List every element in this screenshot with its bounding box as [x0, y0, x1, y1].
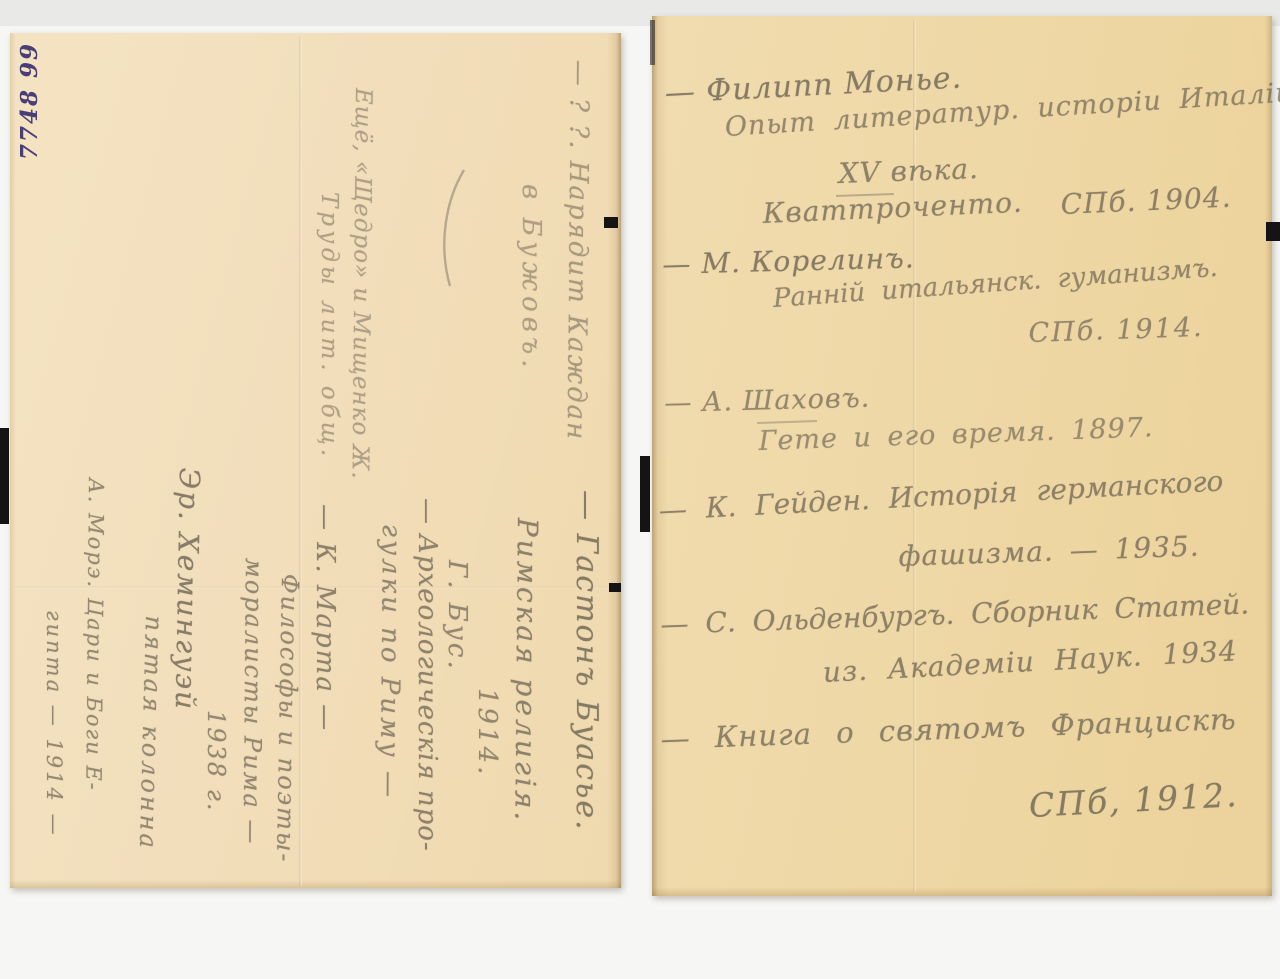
clip-mark [609, 583, 621, 592]
clip-mark [650, 20, 655, 65]
handwritten-line: — К. Марта — [310, 504, 340, 732]
handwritten-line: — ? ?. Нарядит Каждан [561, 60, 594, 442]
handwritten-line: Труды лит. общ. [316, 192, 342, 460]
clip-mark [0, 428, 9, 524]
clip-mark [1266, 222, 1280, 241]
handwritten-line: Эр. Хемингуэй [169, 467, 206, 711]
handwritten-line: — М. Корелинъ. [662, 241, 915, 281]
document-scan: 7748 99 — ? ?. Нарядит Каждан в Бужовъ. … [0, 0, 1280, 979]
handwritten-line: гипта — 1914 — [42, 610, 66, 838]
handwritten-line: гулки по Риму — [374, 524, 406, 800]
handwritten-line: — А. Шаховъ. [664, 383, 871, 419]
right-page-sheet [652, 16, 1272, 896]
pen-flourish [436, 166, 476, 291]
handwritten-line: СПб. 1914. [1028, 312, 1204, 349]
handwritten-line: Ещё, «Щедро» и Мищенко Ж. [347, 88, 376, 480]
handwritten-line: Г. Бус. [442, 560, 472, 672]
handwritten-line: моралисты Рима — [237, 558, 268, 846]
handwritten-line: 1914. [472, 688, 502, 777]
handwritten-line: А. Морэ. Цари и Боги Е- [81, 478, 108, 792]
handwritten-line: — Археологическія про- [412, 498, 442, 852]
handwritten-line: 1938 г. [202, 710, 230, 812]
handwritten-line: — Гастонъ Буасье. [569, 490, 604, 832]
handwritten-line: Римская религія. [508, 518, 544, 824]
handwritten-line: в Бужовъ. [516, 184, 546, 373]
archive-number-ink: 7748 99 [16, 42, 43, 160]
handwritten-line: XV вѣка. [838, 152, 979, 190]
clip-mark [640, 456, 650, 532]
clip-mark [604, 217, 618, 228]
handwritten-line: Философы и поэты- [271, 574, 304, 864]
